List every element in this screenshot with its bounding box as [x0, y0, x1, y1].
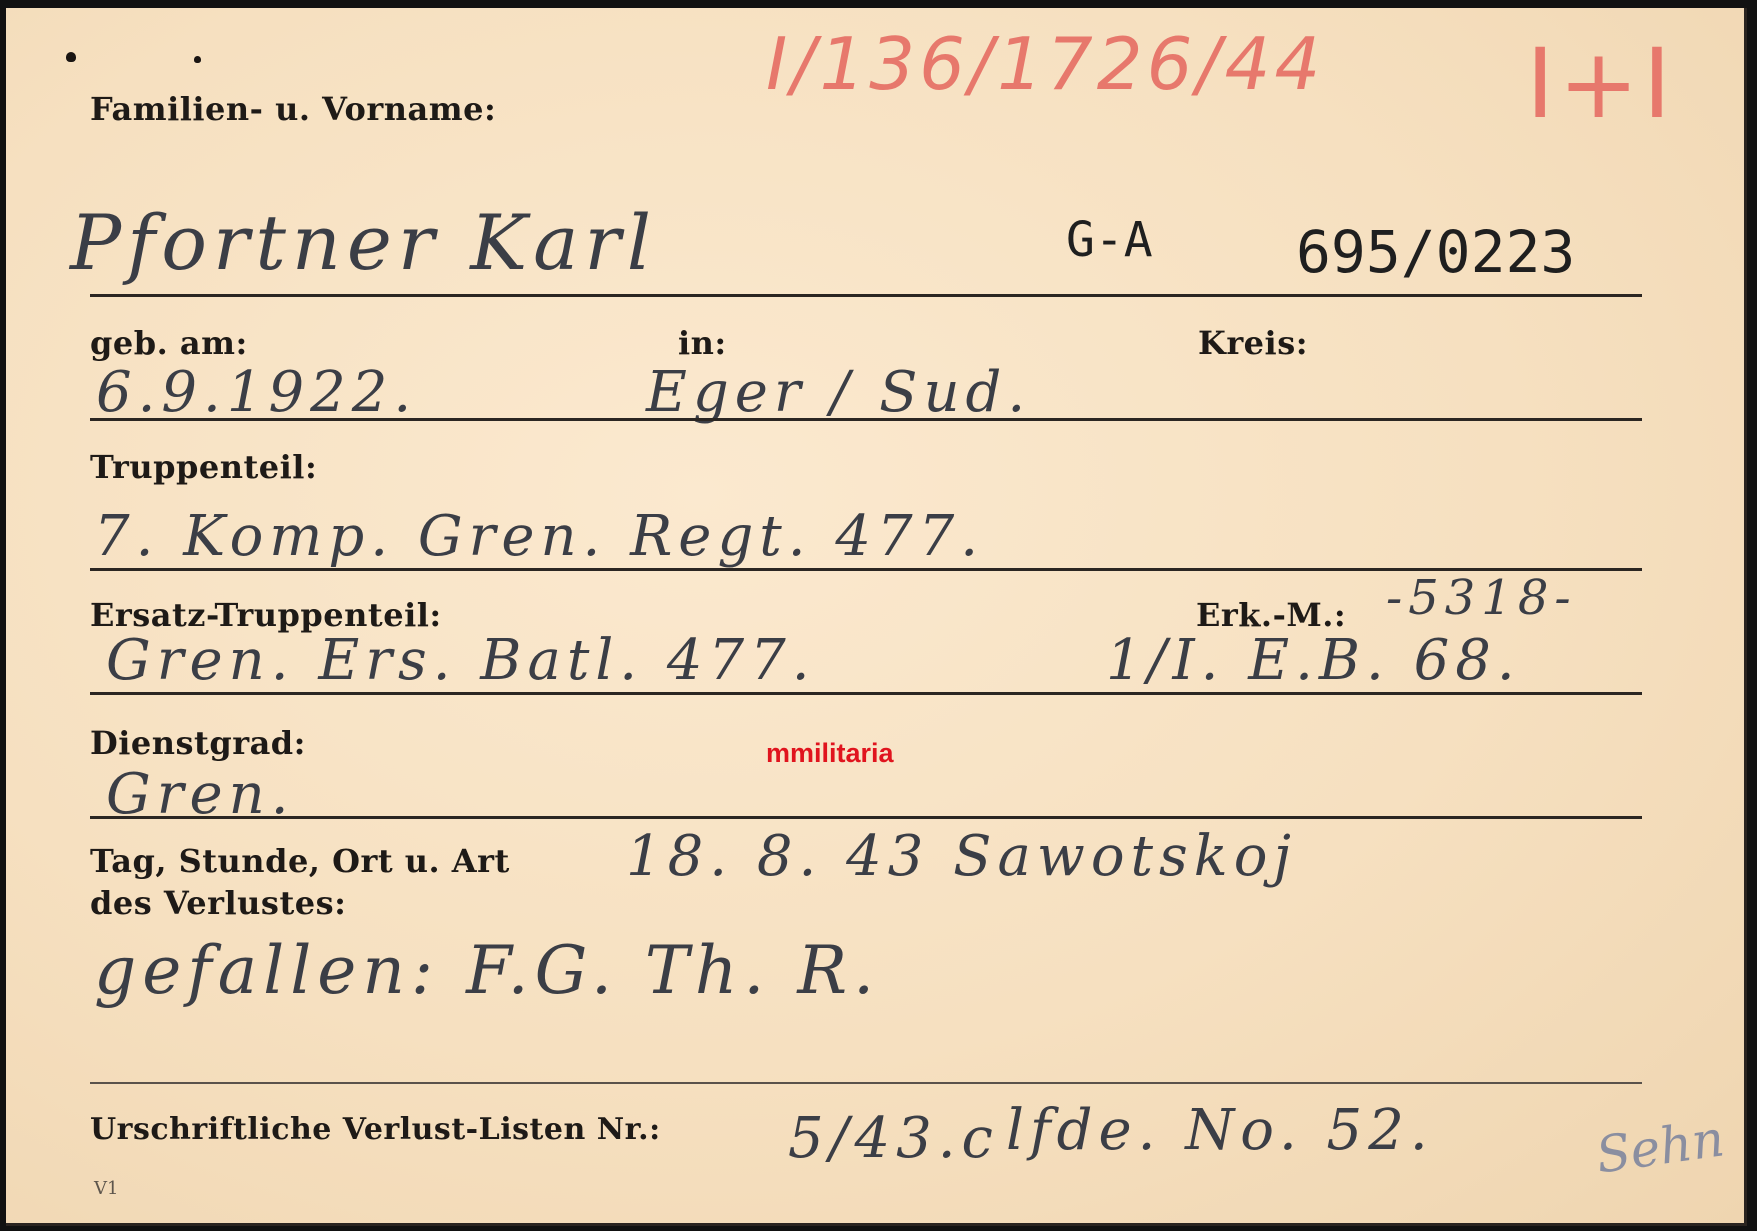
punch-hole: [66, 52, 76, 62]
loss-value-line1: 18. 8. 43 Sawotskoj: [626, 824, 1297, 889]
birth-place-value: Eger / Sud.: [646, 360, 1031, 425]
birth-date-label: geb. am:: [90, 324, 248, 362]
punch-hole: [194, 56, 201, 63]
typed-number: 695/0223: [1296, 218, 1575, 286]
name-label: Familien- u. Vorname:: [90, 90, 496, 128]
divider: [90, 816, 1642, 819]
divider: [90, 1082, 1642, 1084]
birth-place-label: in:: [678, 324, 727, 362]
divider: [90, 692, 1642, 695]
unit-label: Truppenteil:: [90, 448, 317, 486]
id-tag-unit: 1/I. E.B. 68.: [1106, 628, 1521, 693]
divider: [90, 418, 1642, 421]
typed-code: G-A: [1066, 212, 1153, 268]
name-value: Pfortner Karl: [70, 198, 657, 287]
district-label: Kreis:: [1198, 324, 1308, 362]
loss-record-card: I/136/1726/44 I+I Familien- u. Vorname: …: [6, 8, 1747, 1226]
replacement-unit-value: Gren. Ers. Batl. 477.: [106, 628, 816, 693]
red-mark: I+I: [1526, 28, 1675, 140]
clerk-initials: Sehn: [1593, 1109, 1728, 1184]
loss-list-number: 5/43.c: [788, 1106, 999, 1171]
loss-label-line2: des Verlustes:: [90, 884, 346, 922]
watermark: mmilitaria: [766, 738, 894, 769]
rank-label: Dienstgrad:: [90, 724, 306, 762]
loss-list-label: Urschriftliche Verlust-Listen Nr.:: [90, 1112, 661, 1147]
loss-value-line2: gefallen: F.G. Th. R.: [94, 932, 880, 1009]
loss-list-entry: lfde. No. 52.: [1006, 1098, 1434, 1163]
id-tag-number: -5318-: [1386, 570, 1577, 626]
unit-value: 7. Komp. Gren. Regt. 477.: [94, 504, 984, 569]
loss-label-line1: Tag, Stunde, Ort u. Art: [90, 842, 510, 880]
red-reference-number: I/136/1726/44: [766, 22, 1324, 106]
divider: [90, 294, 1642, 297]
form-code: V1: [94, 1178, 118, 1199]
birth-date-value: 6.9.1922.: [96, 360, 417, 425]
